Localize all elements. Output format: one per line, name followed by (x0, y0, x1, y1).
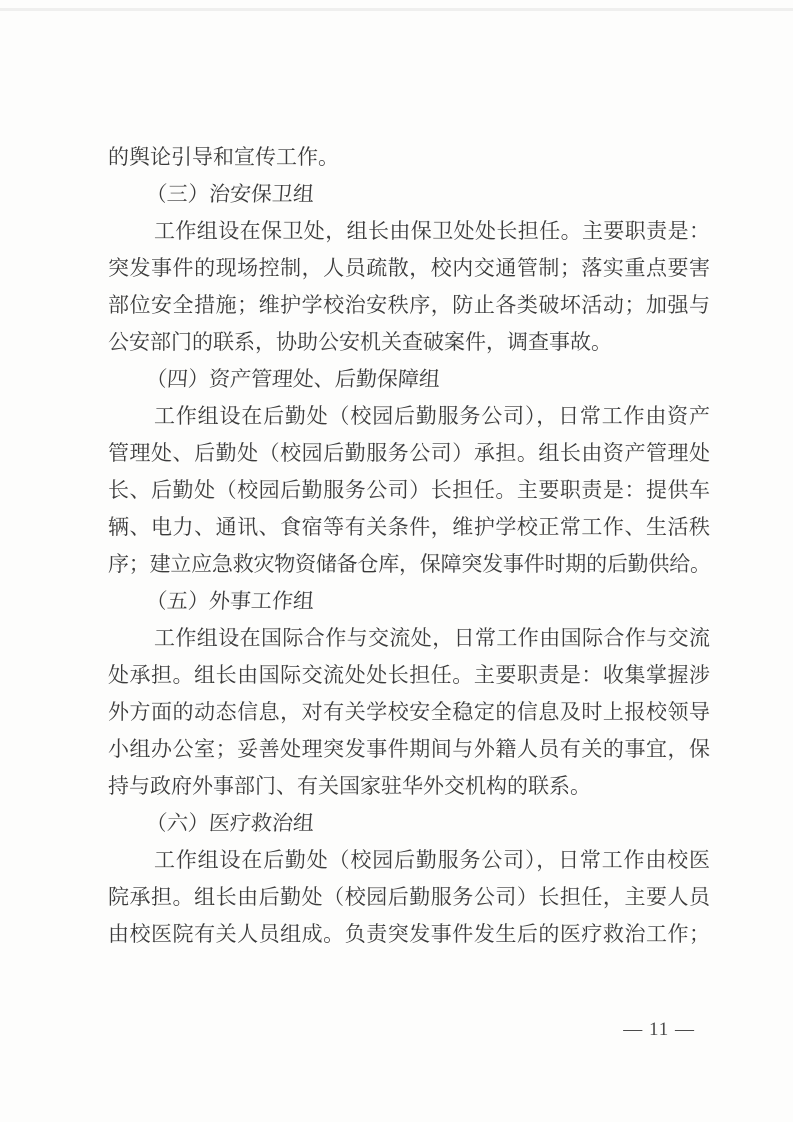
text-line: 部位安全措施；维护学校治安秩序，防止各类破坏活动；加强与 (108, 287, 710, 324)
text-line: 外方面的动态信息，对有关学校安全稳定的信息及时上报校领导 (108, 694, 710, 731)
text-line: 辆、电力、通讯、食宿等有关条件，维护学校正常工作、生活秩 (108, 509, 710, 546)
text-line: 由校医院有关人员组成。负责突发事件发生后的医疗救治工作； (108, 916, 710, 953)
document-body: 的舆论引导和宣传工作。（三）治安保卫组工作组设在保卫处，组长由保卫处处长担任。主… (108, 139, 710, 953)
text-line: 的舆论引导和宣传工作。 (108, 139, 710, 176)
text-line: 院承担。组长由后勤处（校园后勤服务公司）长担任，主要人员 (108, 879, 710, 916)
section-heading: （五）外事工作组 (107, 583, 712, 620)
page-number: — 11 — (623, 1018, 695, 1042)
text-line: 工作组设在国际合作与交流处，日常工作由国际合作与交流 (108, 620, 710, 657)
text-line: 长、后勤处（校园后勤服务公司）长担任。主要职责是：提供车 (108, 472, 710, 509)
scan-artifact-line (0, 8, 793, 11)
text-line: 工作组设在后勤处（校园后勤服务公司），日常工作由资产 (108, 398, 710, 435)
text-line: 处承担。组长由国际交流处处长担任。主要职责是：收集掌握涉 (108, 657, 710, 694)
text-line: 突发事件的现场控制，人员疏散，校内交通管制；落实重点要害 (108, 250, 710, 287)
text-line: 管理处、后勤处（校园后勤服务公司）承担。组长由资产管理处 (108, 435, 710, 472)
text-line: 持与政府外事部门、有关国家驻华外交机构的联系。 (108, 768, 710, 805)
text-line: 公安部门的联系，协助公安机关查破案件，调查事故。 (108, 324, 710, 361)
section-heading: （四）资产管理处、后勤保障组 (107, 361, 712, 398)
text-line: 小组办公室；妥善处理突发事件期间与外籍人员有关的事宜，保 (108, 731, 710, 768)
section-heading: （三）治安保卫组 (107, 176, 712, 213)
text-line: 序；建立应急救灾物资储备仓库，保障突发事件时期的后勤供给。 (108, 546, 710, 583)
section-heading: （六）医疗救治组 (107, 805, 712, 842)
text-line: 工作组设在保卫处，组长由保卫处处长担任。主要职责是： (108, 213, 710, 250)
text-line: 工作组设在后勤处（校园后勤服务公司），日常工作由校医 (108, 842, 710, 879)
page-number-text: — 11 — (623, 1019, 695, 1040)
document-page: 的舆论引导和宣传工作。（三）治安保卫组工作组设在保卫处，组长由保卫处处长担任。主… (0, 0, 793, 1122)
